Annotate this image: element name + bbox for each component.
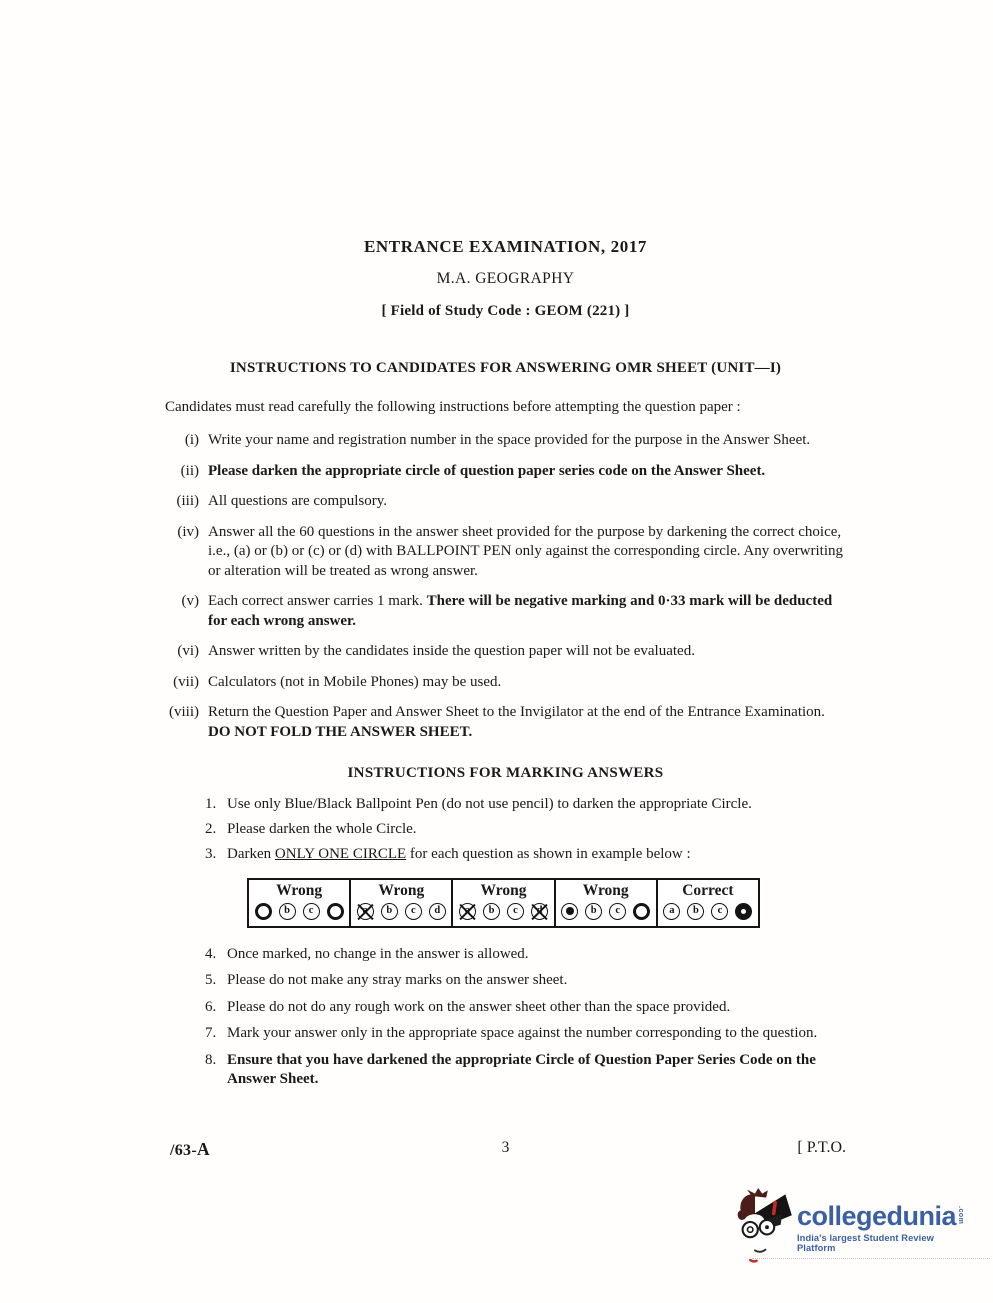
pto-note: [ P.T.O.: [797, 1139, 846, 1157]
example-column-label: Wrong: [453, 882, 553, 900]
marking-instruction-list-bottom: 4. Once marked, no change in the answer …: [165, 945, 846, 1090]
marking-item-text: Mark your answer only in the appropriate…: [227, 1024, 846, 1044]
example-column-label: Wrong: [249, 882, 349, 900]
instruction-marker: (vii): [165, 673, 199, 693]
example-column-label: Correct: [658, 882, 758, 900]
instruction-marker: (iv): [165, 523, 199, 582]
marking-item-number: 7.: [205, 1024, 227, 1044]
instruction-text-normal: Write your name and registration number …: [208, 432, 810, 448]
marking-item-text: Ensure that you have darkened the approp…: [227, 1051, 846, 1090]
collegedunia-tagline: India's largest Student Review Platform: [797, 1233, 971, 1253]
omr-circle-plain: b: [381, 903, 398, 920]
omr-circle-plain: c: [405, 903, 422, 920]
marking-item-number: 6.: [205, 998, 227, 1018]
instruction-text: Each correct answer carries 1 mark. Ther…: [208, 592, 846, 631]
instruction-text: Write your name and registration number …: [208, 431, 846, 451]
marking-item: 8. Ensure that you have darkened the app…: [165, 1051, 846, 1090]
instruction-marker: (iii): [165, 492, 199, 512]
instruction-text-bold: Please darken the appropriate circle of …: [208, 463, 765, 479]
page-footer: /63-A 3 [ P.T.O.: [165, 1139, 846, 1163]
example-column-label: Wrong: [556, 882, 656, 900]
omr-circle-plain: b: [279, 903, 296, 920]
marking-item-number: 8.: [205, 1051, 227, 1090]
instruction-text-normal: Return the Question Paper and Answer She…: [208, 704, 825, 720]
omr-circle-plain: c: [303, 903, 320, 920]
instruction-text: Please darken the appropriate circle of …: [208, 462, 846, 482]
instruction-item: (vi) Answer written by the candidates in…: [165, 642, 846, 662]
instruction-item: (vii) Calculators (not in Mobile Phones)…: [165, 673, 846, 693]
instruction-item: (i) Write your name and registration num…: [165, 431, 846, 451]
omr-circle-thick: [255, 903, 272, 920]
collegedunia-mascot-icon: [731, 1188, 795, 1264]
marking-item-text: Once marked, no change in the answer is …: [227, 945, 846, 965]
page-content: ENTRANCE EXAMINATION, 2017 M.A. GEOGRAPH…: [165, 237, 846, 1090]
exam-subject: M.A. GEOGRAPHY: [165, 270, 846, 288]
example-column-label: Wrong: [351, 882, 451, 900]
marking-item-number: 4.: [205, 945, 227, 965]
instruction-item: (viii) Return the Question Paper and Ans…: [165, 703, 846, 742]
instruction-item: (v) Each correct answer carries 1 mark. …: [165, 592, 846, 631]
instruction-item: (iii) All questions are compulsory.: [165, 492, 846, 512]
instruction-text: Answer written by the candidates inside …: [208, 642, 846, 662]
collegedunia-logo-text: collegedunia .com India's largest Studen…: [797, 1202, 971, 1253]
instruction-item: (ii) Please darken the appropriate circl…: [165, 462, 846, 482]
intro-paragraph: Candidates must read carefully the follo…: [165, 398, 846, 417]
page-number: 3: [502, 1139, 510, 1157]
omr-circle-plain: c: [609, 903, 626, 920]
marking-item-suffix: for each question as shown in example be…: [406, 846, 691, 862]
instruction-text-normal: Each correct answer carries 1 mark.: [208, 593, 427, 609]
omr-circle-plain: b: [483, 903, 500, 920]
paper-series-letter: A: [197, 1139, 210, 1159]
marking-item: 1. Use only Blue/Black Ballpoint Pen (do…: [165, 795, 846, 815]
watermark-divider: [752, 1258, 990, 1259]
marking-item-text: Please do not do any rough work on the a…: [227, 998, 846, 1018]
marking-item: 4. Once marked, no change in the answer …: [165, 945, 846, 965]
omr-circle-plain: a: [663, 903, 680, 920]
omr-circle-plain: b: [585, 903, 602, 920]
instruction-marker: (ii): [165, 462, 199, 482]
marking-item-text: Darken ONLY ONE CIRCLE for each question…: [227, 845, 846, 865]
example-column: Correctabc: [658, 880, 758, 926]
field-of-study-code: [ Field of Study Code : GEOM (221) ]: [165, 303, 846, 320]
example-column: Wrongabcd: [453, 880, 555, 926]
example-column: Wrongbc: [249, 880, 351, 926]
marking-item-prefix: Darken: [227, 846, 275, 862]
omr-circle-crossed: a: [459, 903, 476, 920]
omr-circle-plain: d: [429, 903, 446, 920]
instruction-text: Answer all the 60 questions in the answe…: [208, 523, 846, 582]
marking-item: 2. Please darken the whole Circle.: [165, 820, 846, 840]
marking-item-underlined: ONLY ONE CIRCLE: [275, 846, 406, 862]
paper-code-prefix: /63-: [170, 1142, 197, 1159]
scanned-exam-page: ENTRANCE EXAMINATION, 2017 M.A. GEOGRAPH…: [0, 0, 993, 1303]
roman-instruction-list: (i) Write your name and registration num…: [165, 431, 846, 742]
omr-circle-plain: c: [711, 903, 728, 920]
omr-circle-filled: [735, 903, 752, 920]
example-table: WrongbcWrongabcdWrongabcdWrongbcCorrecta…: [247, 878, 760, 928]
marking-item: 6. Please do not do any rough work on th…: [165, 998, 846, 1018]
omr-circle-plain: c: [507, 903, 524, 920]
instruction-text-bold: DO NOT FOLD THE ANSWER SHEET.: [208, 724, 472, 740]
omr-circle-crossed: a: [357, 903, 374, 920]
omr-circle-thick: [633, 903, 650, 920]
marking-item: 3. Darken ONLY ONE CIRCLE for each quest…: [165, 845, 846, 865]
marking-item-number: 2.: [205, 820, 227, 840]
marking-item-text: Use only Blue/Black Ballpoint Pen (do no…: [227, 795, 846, 815]
instruction-marker: (i): [165, 431, 199, 451]
collegedunia-domain: .com: [957, 1206, 964, 1224]
marking-item-text: Please darken the whole Circle.: [227, 820, 846, 840]
collegedunia-watermark: collegedunia .com India's largest Studen…: [731, 1188, 971, 1264]
instruction-text-normal: All questions are compulsory.: [208, 493, 387, 509]
instruction-text: All questions are compulsory.: [208, 492, 846, 512]
instruction-text-normal: Calculators (not in Mobile Phones) may b…: [208, 674, 501, 690]
marking-item-number: 1.: [205, 795, 227, 815]
marking-instruction-list-top: 1. Use only Blue/Black Ballpoint Pen (do…: [165, 795, 846, 865]
instruction-text-normal: Answer all the 60 questions in the answe…: [208, 524, 843, 579]
marking-item: 5. Please do not make any stray marks on…: [165, 971, 846, 991]
instruction-marker: (viii): [165, 703, 199, 742]
example-column: Wrongbc: [556, 880, 658, 926]
omr-circle-plain: b: [687, 903, 704, 920]
instruction-item: (iv) Answer all the 60 questions in the …: [165, 523, 846, 582]
example-column: Wrongabcd: [351, 880, 453, 926]
instruction-text: Calculators (not in Mobile Phones) may b…: [208, 673, 846, 693]
instruction-marker: (vi): [165, 642, 199, 662]
instruction-text-normal: Answer written by the candidates inside …: [208, 643, 695, 659]
instruction-text: Return the Question Paper and Answer She…: [208, 703, 846, 742]
marking-item-number: 5.: [205, 971, 227, 991]
omr-circle-thick: [327, 903, 344, 920]
marking-item: 7. Mark your answer only in the appropri…: [165, 1024, 846, 1044]
marking-instructions-heading: INSTRUCTIONS FOR MARKING ANSWERS: [165, 765, 846, 782]
marking-item-number: 3.: [205, 845, 227, 865]
omr-circle-dot: [561, 903, 578, 920]
omr-circle-crossed: d: [531, 903, 548, 920]
collegedunia-wordmark: collegedunia: [797, 1202, 956, 1230]
exam-title: ENTRANCE EXAMINATION, 2017: [165, 237, 846, 257]
marking-item-text: Please do not make any stray marks on th…: [227, 971, 846, 991]
instruction-marker: (v): [165, 592, 199, 631]
omr-instructions-heading: INSTRUCTIONS TO CANDIDATES FOR ANSWERING…: [165, 360, 846, 377]
paper-code: /63-A: [170, 1139, 210, 1160]
